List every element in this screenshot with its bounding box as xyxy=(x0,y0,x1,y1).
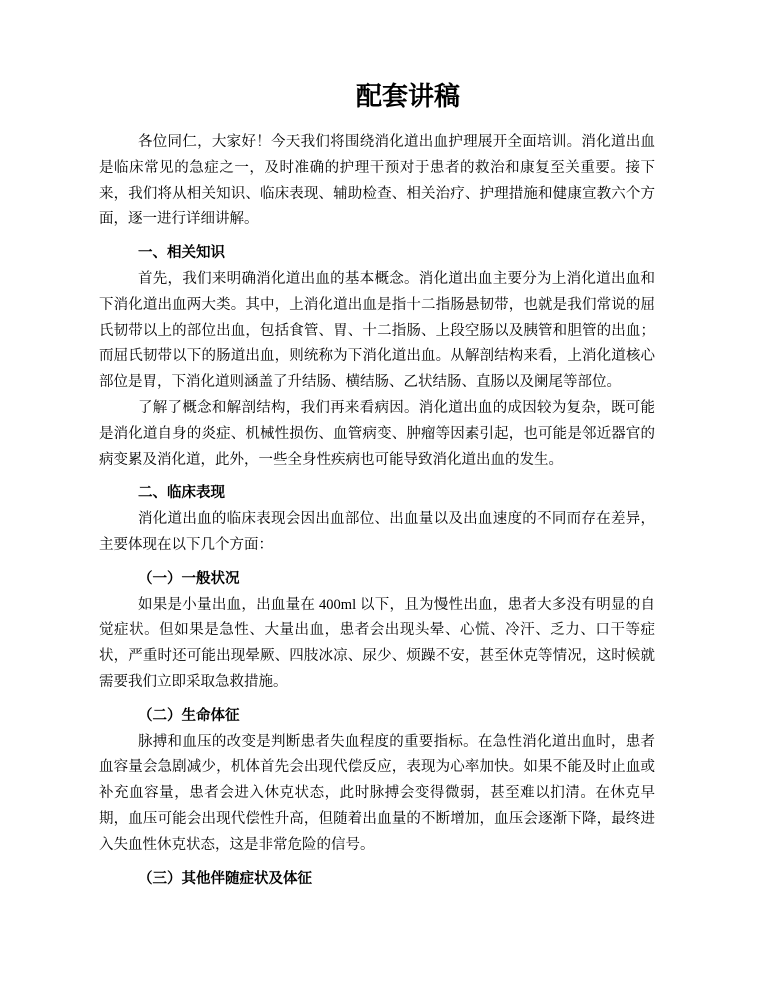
subheading-general-condition: （一）一般状况 xyxy=(99,567,655,593)
document-content: 配套讲稿 各位同仁，大家好！今天我们将围绕消化道出血护理展开全面培训。消化道出血… xyxy=(99,82,655,892)
heading-clinical-manifestations: 二、临床表现 xyxy=(99,481,655,507)
document-page: 配套讲稿 各位同仁，大家好！今天我们将围绕消化道出血护理展开全面培训。消化道出血… xyxy=(0,0,770,1000)
paragraph-vital-signs: 脉搏和血压的改变是判断患者失血程度的重要指标。在急性消化道出血时，患者血容量会急… xyxy=(99,730,655,859)
subheading-other-symptoms: （三）其他伴随症状及体征 xyxy=(99,867,655,893)
paragraph-clinical-overview: 消化道出血的临床表现会因出血部位、出血量以及出血速度的不同而存在差异，主要体现在… xyxy=(99,507,655,559)
paragraph-concept-anatomy: 首先，我们来明确消化道出血的基本概念。消化道出血主要分为上消化道出血和下消化道出… xyxy=(99,267,655,396)
paragraph-general-condition: 如果是小量出血，出血量在 400ml 以下，且为慢性出血，患者大多没有明显的自觉… xyxy=(99,593,655,696)
heading-related-knowledge: 一、相关知识 xyxy=(99,241,655,267)
paragraph-etiology: 了解了概念和解剖结构，我们再来看病因。消化道出血的成因较为复杂，既可能是消化道自… xyxy=(99,396,655,473)
subheading-vital-signs: （二）生命体征 xyxy=(99,704,655,730)
paragraph-opening: 各位同仁，大家好！今天我们将围绕消化道出血护理展开全面培训。消化道出血是临床常见… xyxy=(99,130,655,233)
document-title: 配套讲稿 xyxy=(99,82,655,112)
